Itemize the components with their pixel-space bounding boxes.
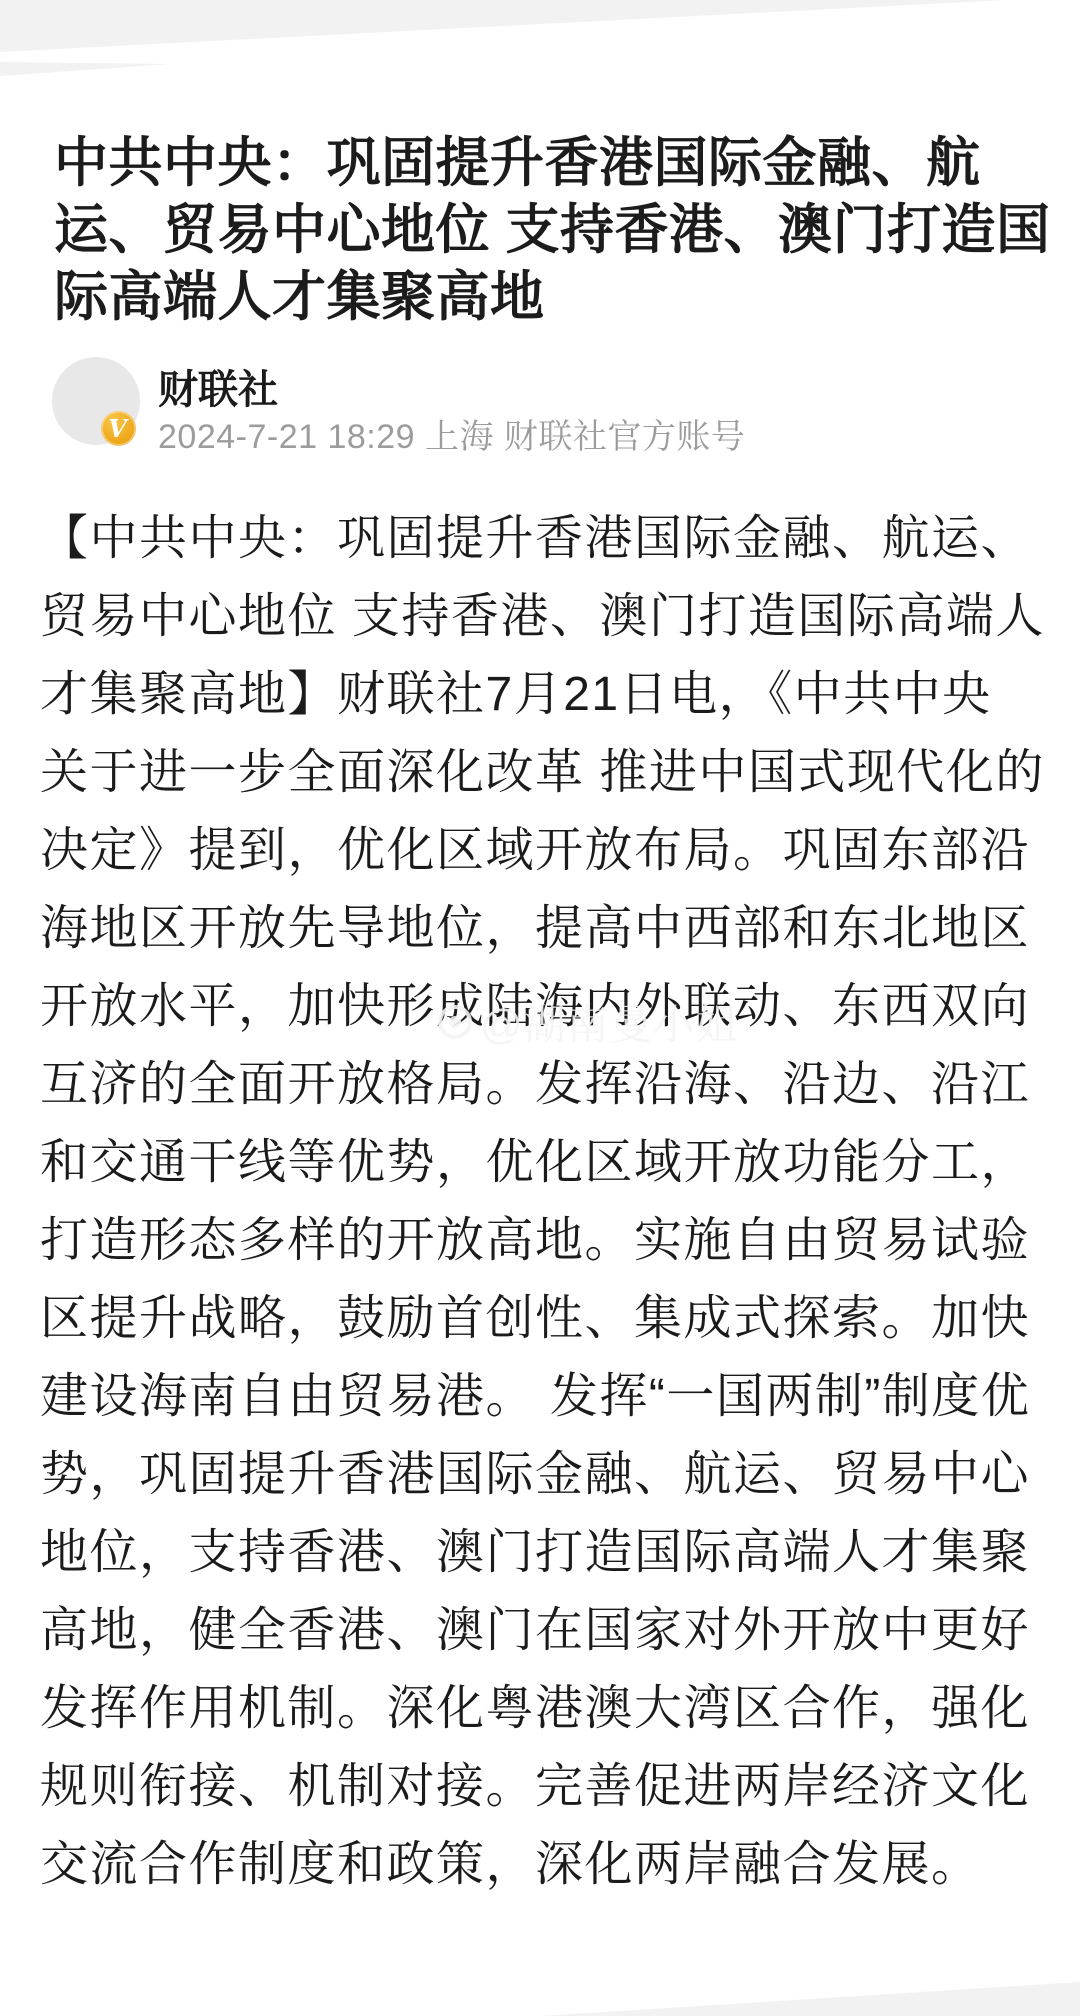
- article-body-line: 和交通干线等优势，优化区域开放功能分工，: [40, 1124, 1050, 1202]
- article-body-line: 互济的全面开放格局。发挥沿海、沿边、沿江: [40, 1046, 1050, 1124]
- article-title-line: 运、贸易中心地位 支持香港、澳门打造国: [54, 197, 1054, 264]
- article-body-line: 海地区开放先导地位，提高中西部和东北地区: [40, 890, 1050, 968]
- article-body-line: 打造形态多样的开放高地。实施自由贸易试验: [40, 1202, 1050, 1280]
- article-body-line: 区提升战略，鼓励首创性、集成式探索。加快: [40, 1280, 1050, 1358]
- article-body-line: 开放水平，加快形成陆海内外联动、东西双向: [40, 968, 1050, 1046]
- verified-badge-icon: V: [101, 411, 136, 446]
- post-meta-timestamp: 2024-7-21 18:29 上海 财联社官方账号: [158, 409, 745, 458]
- article-body-line: 决定》提到，优化区域开放布局。巩固东部沿: [40, 812, 1050, 890]
- author-name[interactable]: 财联社: [158, 358, 278, 415]
- article-body-line: 势，巩固提升香港国际金融、航运、贸易中心: [40, 1436, 1050, 1514]
- article-body: 【中共中央：巩固提升香港国际金融、航运、贸易中心地位 支持香港、澳门打造国际高端…: [40, 500, 1050, 1904]
- article-title: 中共中央：巩固提升香港国际金融、航运、贸易中心地位 支持香港、澳门打造国际高端人…: [54, 130, 1054, 331]
- article-body-line: 地位，支持香港、澳门打造国际高端人才集聚: [40, 1514, 1050, 1592]
- article-title-line: 际高端人才集聚高地: [54, 264, 1054, 331]
- article-body-line: 【中共中央：巩固提升香港国际金融、航运、: [40, 500, 1050, 578]
- article-body-line: 交流合作制度和政策，深化两岸融合发展。: [40, 1826, 1050, 1904]
- article-body-line: 规则衔接、机制对接。完善促进两岸经济文化: [40, 1748, 1050, 1826]
- article-body-line: 关于进一步全面深化改革 推进中国式现代化的: [40, 734, 1050, 812]
- article-body-line: 高地，健全香港、澳门在国家对外开放中更好: [40, 1592, 1050, 1670]
- article-body-line: 才集聚高地】财联社7月21日电，《中共中央: [40, 656, 1050, 734]
- article-title-line: 中共中央：巩固提升香港国际金融、航: [54, 130, 1054, 197]
- article-body-line: 发挥作用机制。深化粤港澳大湾区合作，强化: [40, 1670, 1050, 1748]
- weibo-post-screenshot: { "page": { "background": "#ffffff", "de…: [0, 0, 1080, 2016]
- article-body-line: 贸易中心地位 支持香港、澳门打造国际高端人: [40, 578, 1050, 656]
- article-body-line: 建设海南自由贸易港。 发挥“一国两制”制度优: [40, 1358, 1050, 1436]
- verified-badge-letter: V: [108, 417, 127, 441]
